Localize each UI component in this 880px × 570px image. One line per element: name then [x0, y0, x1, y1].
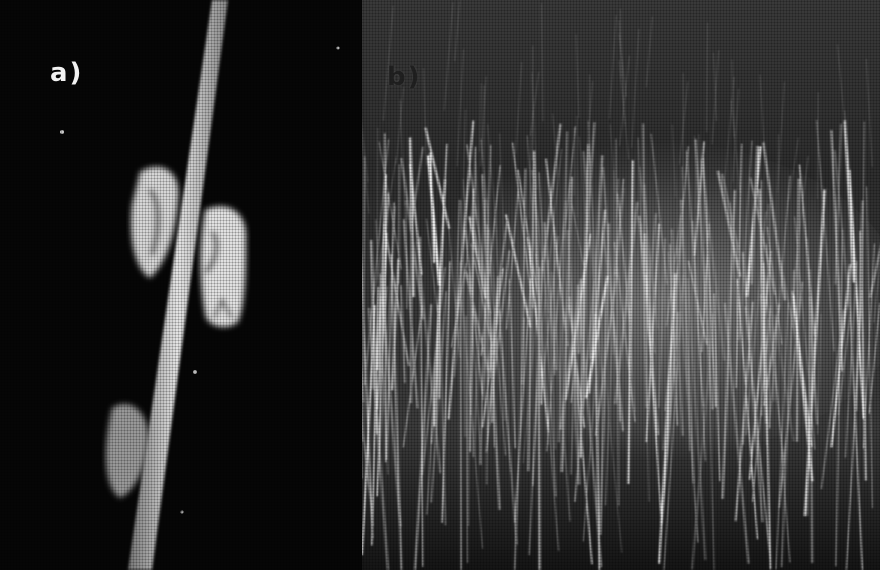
panel-b-label: b) — [387, 62, 422, 92]
grass-field-image — [362, 0, 880, 570]
panel-a: a) — [0, 0, 362, 570]
pupa-upper-left — [131, 167, 178, 278]
panel-a-label: a) — [50, 58, 83, 88]
figure: a) b) — [0, 0, 880, 570]
panel-b: b) — [362, 0, 880, 570]
pupa-right — [201, 206, 247, 327]
